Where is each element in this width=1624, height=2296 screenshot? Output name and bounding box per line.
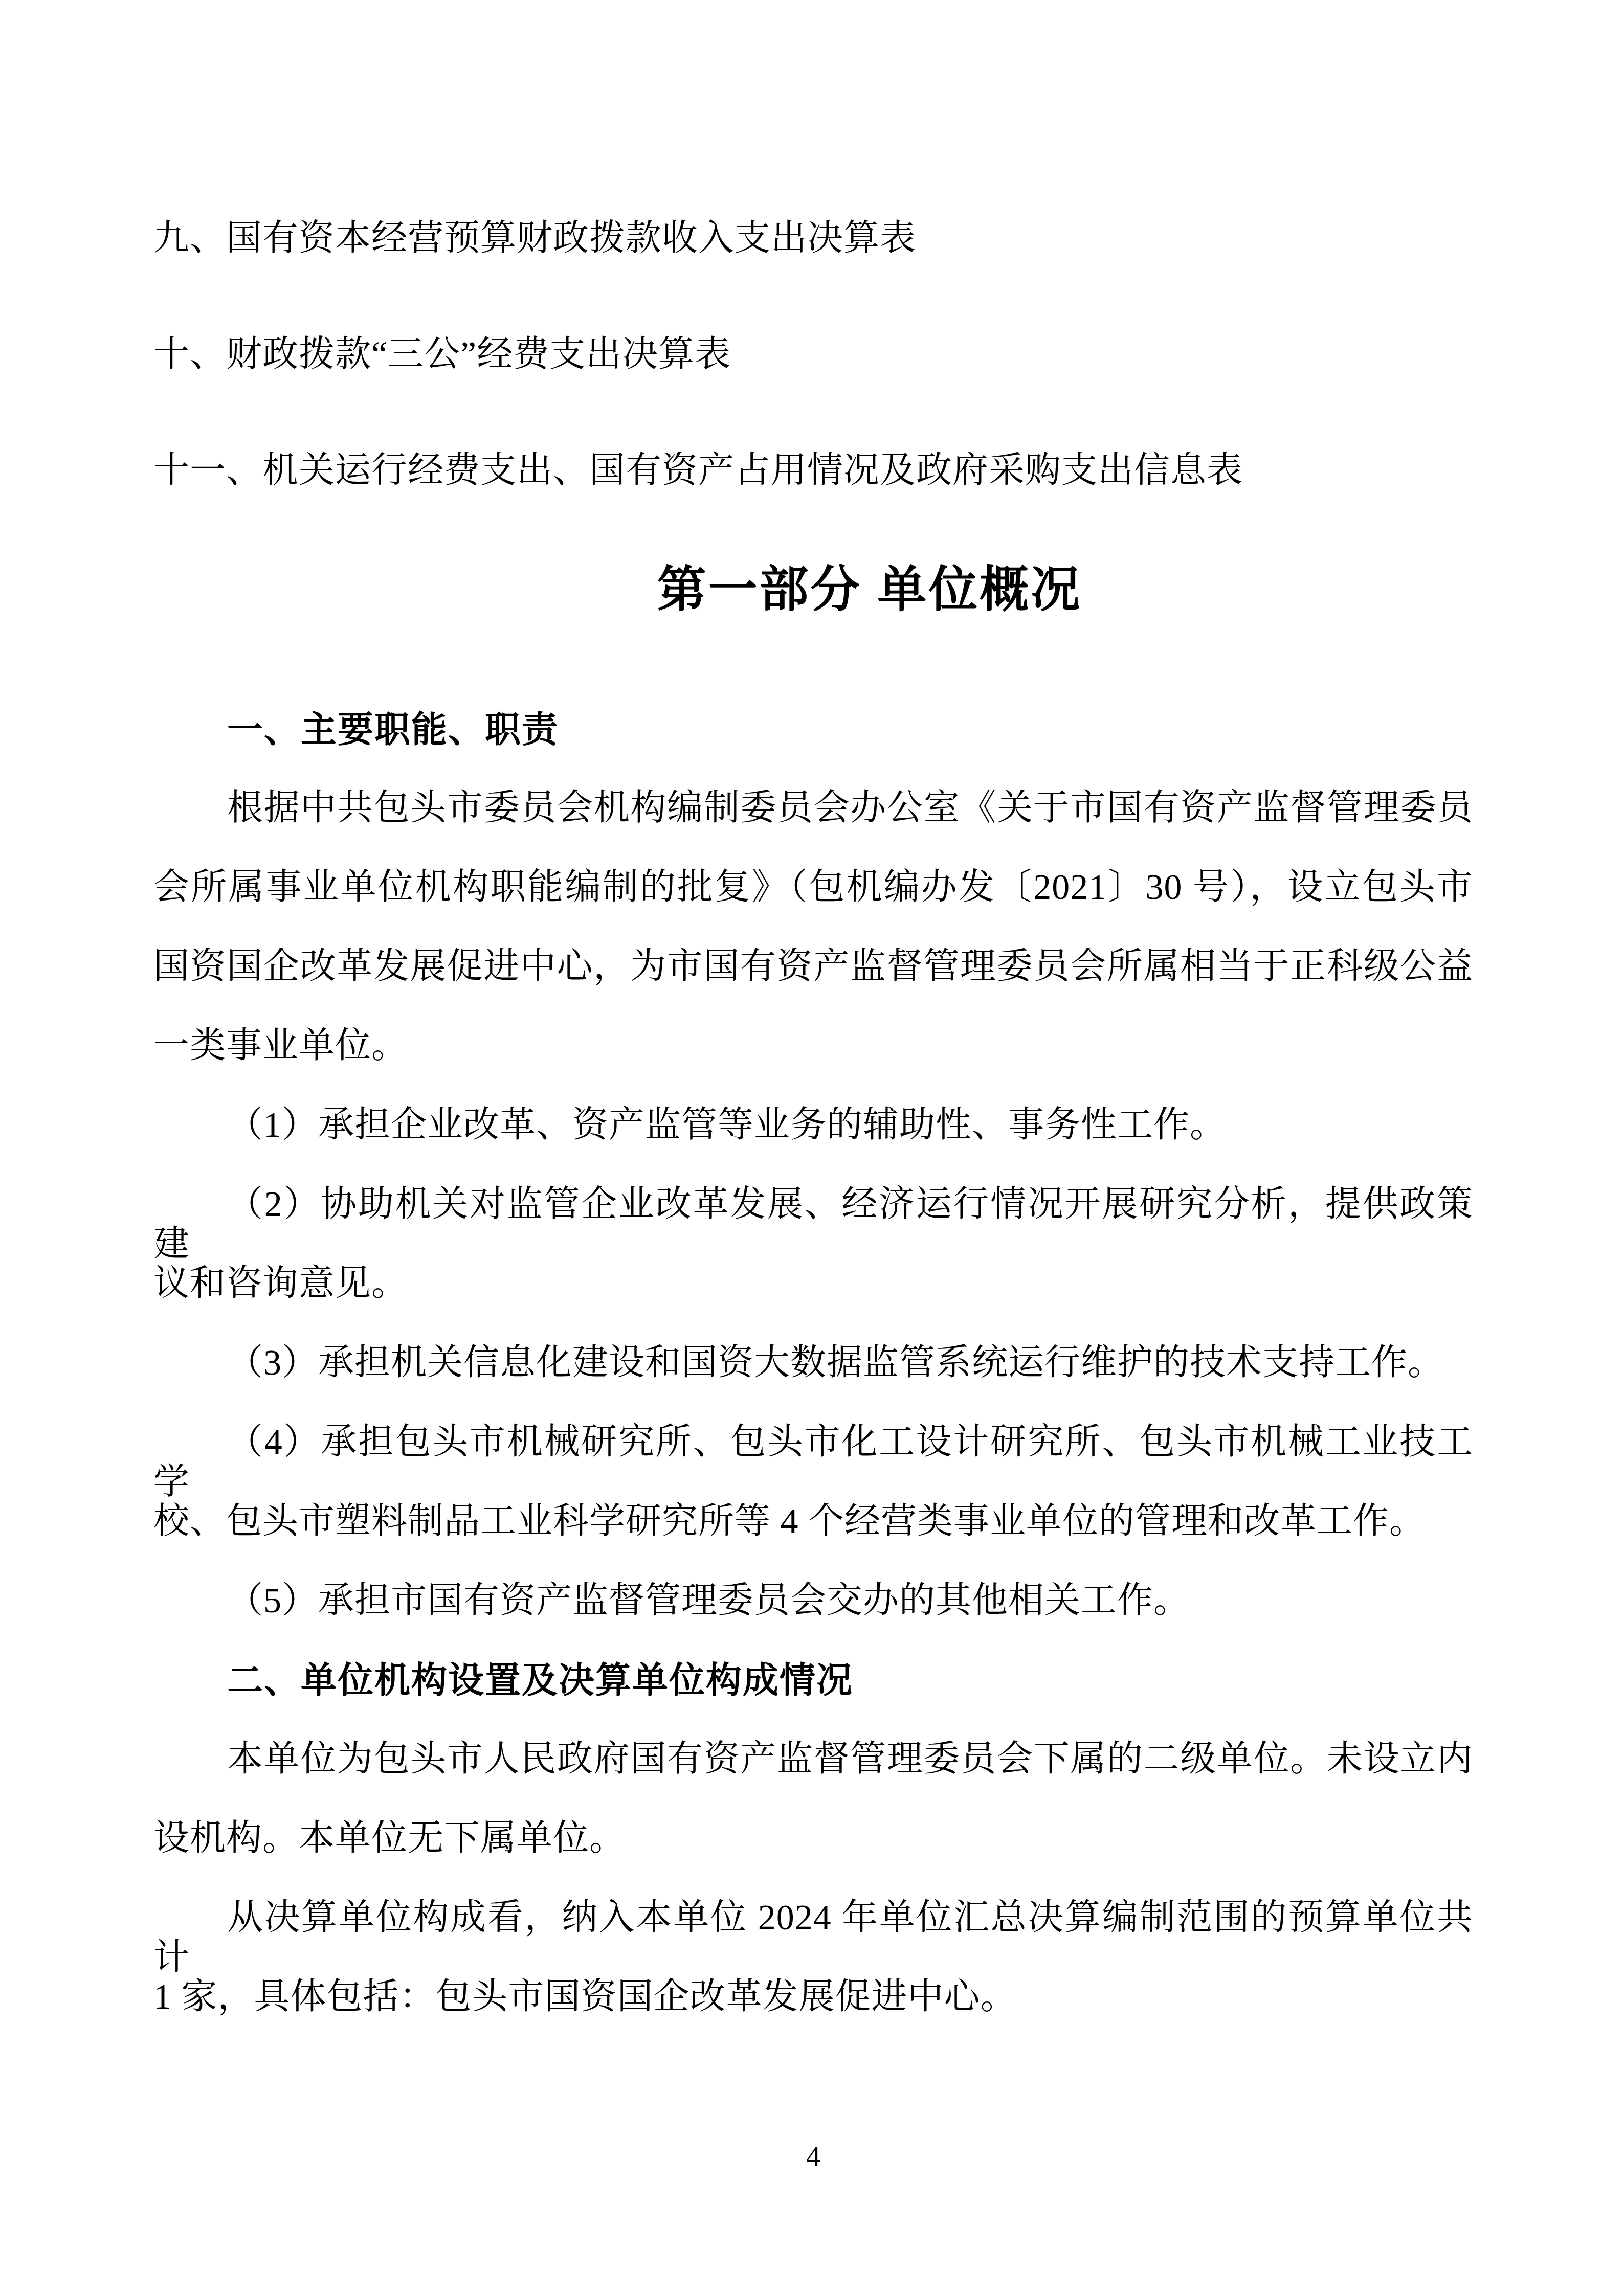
paragraph-line: 国资国企改革发展促进中心，为市国有资产监督管理委员会所属相当于正科级公益 bbox=[153, 947, 1473, 987]
page-number: 4 bbox=[153, 2143, 1473, 2171]
section-heading: 二、单位机构设置及决算单位构成情况 bbox=[153, 1660, 1473, 1700]
paragraph-line: 1 家，具体包括：包头市国资国企改革发展促进中心。 bbox=[153, 1977, 1473, 2017]
paragraph-line: 从决算单位构成看，纳入本单位 2024 年单位汇总决算编制范围的预算单位共计 bbox=[153, 1898, 1473, 1978]
document-page: 九、国有资本经营预算财政拨款收入支出决算表 十、财政拨款“三公”经费支出决算表 … bbox=[0, 0, 1624, 2296]
paragraph-line: 根据中共包头市委员会机构编制委员会办公室《关于市国有资产监督管理委员 bbox=[153, 789, 1473, 828]
toc-item: 九、国有资本经营预算财政拨款收入支出决算表 bbox=[153, 219, 1473, 259]
paragraph-line: 会所属事业单位机构职能编制的批复》（包机编办发〔2021〕30 号），设立包头市 bbox=[153, 868, 1473, 908]
toc-item: 十、财政拨款“三公”经费支出决算表 bbox=[153, 335, 1473, 375]
paragraph-line: （4）承担包头市机械研究所、包头市化工设计研究所、包头市机械工业技工学 bbox=[153, 1423, 1473, 1503]
paragraph-line: （1）承担企业改革、资产监管等业务的辅助性、事务性工作。 bbox=[153, 1106, 1473, 1145]
paragraph-line: （3）承担机关信息化建设和国资大数据监管系统运行维护的技术支持工作。 bbox=[153, 1343, 1473, 1383]
section-heading: 一、主要职能、职责 bbox=[153, 710, 1473, 750]
paragraph-line: 一类事业单位。 bbox=[153, 1026, 1473, 1066]
toc-item: 十一、机关运行经费支出、国有资产占用情况及政府采购支出信息表 bbox=[153, 451, 1473, 491]
paragraph-line: 议和咨询意见。 bbox=[153, 1264, 1473, 1304]
part-title: 第一部分 单位概况 bbox=[210, 562, 1529, 617]
paragraph-line: 本单位为包头市人民政府国有资产监督管理委员会下属的二级单位。未设立内 bbox=[153, 1740, 1473, 1780]
paragraph-line: （5）承担市国有资产监督管理委员会交办的其他相关工作。 bbox=[153, 1581, 1473, 1621]
paragraph-line: 设机构。本单位无下属单位。 bbox=[153, 1819, 1473, 1859]
paragraph-line: 校、包头市塑料制品工业科学研究所等 4 个经营类事业单位的管理和改革工作。 bbox=[153, 1502, 1473, 1542]
paragraph-line: （2）协助机关对监管企业改革发展、经济运行情况开展研究分析，提供政策建 bbox=[153, 1185, 1473, 1265]
